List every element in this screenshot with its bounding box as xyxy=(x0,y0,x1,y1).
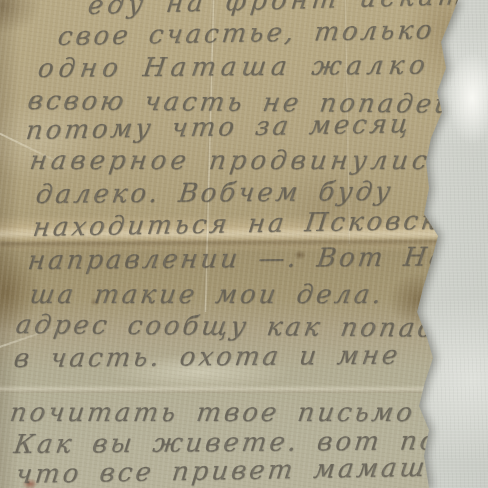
letter-line: одно Наташа жалко что xyxy=(36,50,488,84)
horizontal-fold-highlight xyxy=(0,227,460,240)
letter-line: еду на фронт искать xyxy=(86,0,486,21)
diagonal-crease xyxy=(0,323,67,349)
letter-line: что все привет мамаше xyxy=(14,452,447,488)
letter-paper: еду на фронт искать свое счастье, только… xyxy=(0,0,488,488)
horizontal-fold-shadow xyxy=(0,240,452,248)
vertical-crease xyxy=(344,0,350,244)
letter-line: ша такие мои дела. xyxy=(28,280,386,310)
diagonal-crease xyxy=(0,129,79,172)
horizontal-crease xyxy=(0,385,440,393)
letter-line: свое счастье, только xyxy=(56,15,436,52)
letter-line: почитать твое письмо xyxy=(8,398,417,428)
letter-line: направлении —. Вот Ната- xyxy=(26,242,488,276)
letter-line: находиться на Псковском- xyxy=(31,205,488,243)
vertical-crease xyxy=(204,0,215,312)
letter-line: далеко. Вобчем буду xyxy=(34,177,395,210)
letter-line: в часть. охота и мне xyxy=(12,341,402,374)
letter-line: всвою часть не попадешь xyxy=(26,86,481,120)
letter-paper-wrap: еду на фронт искать свое счастье, только… xyxy=(0,0,488,488)
letter-line: адрес сообщу как попаду xyxy=(14,310,457,344)
letter-photo: еду на фронт искать свое счастье, только… xyxy=(0,0,488,488)
letter-line: Как вы живете. вот пока xyxy=(12,426,477,460)
letter-line: потому что за месяц xyxy=(24,109,413,146)
letter-line: наверное продвинулись xyxy=(28,146,451,176)
